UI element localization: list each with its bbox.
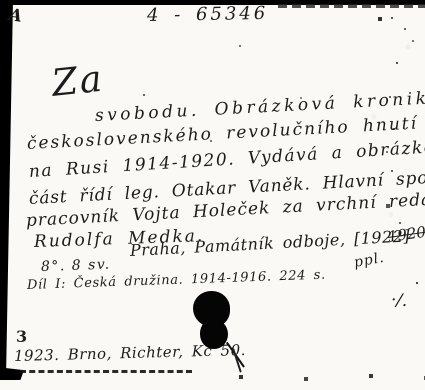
title-opening-word: Za bbox=[50, 57, 106, 105]
ink-blot-neck bbox=[200, 319, 228, 349]
ppl-annotation: ppl. bbox=[353, 250, 386, 271]
scan-edge-left bbox=[0, 0, 14, 378]
corner-mark: A bbox=[8, 5, 24, 27]
reference-mark: ·/. bbox=[390, 290, 408, 311]
catalog-card-scan: A 4 - 65346 Za svobodu. Obrázková kronik… bbox=[0, 0, 425, 390]
scan-noise-bottom bbox=[200, 374, 202, 376]
scan-edge-bottom-dashed bbox=[20, 370, 192, 373]
struck-year: 1920 bbox=[387, 223, 425, 246]
scan-noise bbox=[0, 0, 2, 2]
scan-edge-top-rough bbox=[278, 4, 425, 8]
sheet-number: 3 bbox=[16, 327, 27, 346]
format-note: 8°. 8 sv. bbox=[41, 257, 111, 275]
call-number: 4 - 65346 bbox=[147, 3, 269, 26]
